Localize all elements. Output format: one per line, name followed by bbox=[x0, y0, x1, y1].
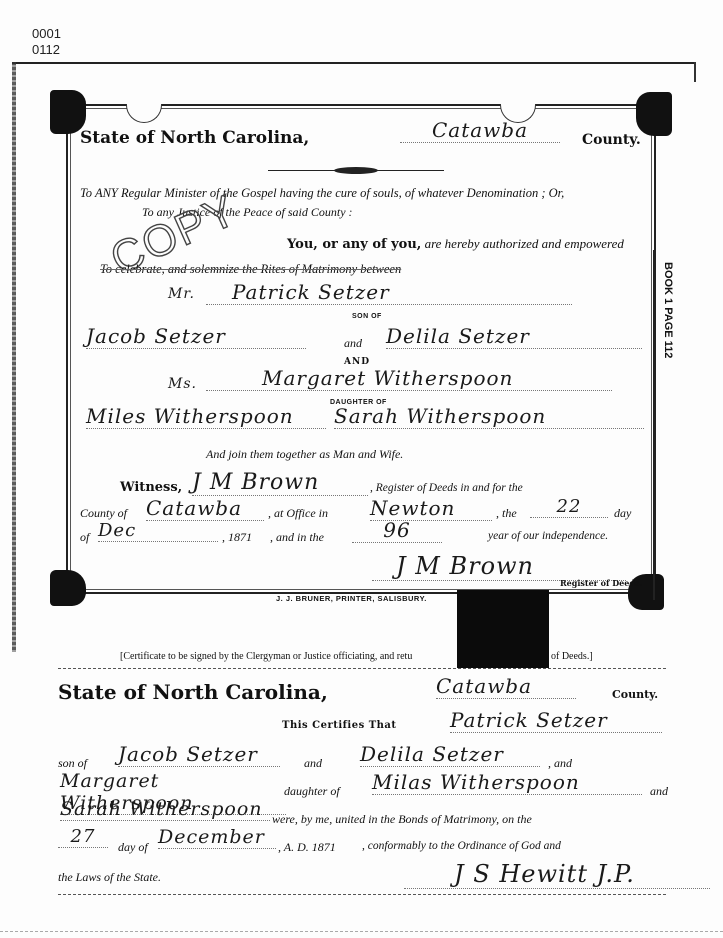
certificate-year: , A. D. 1871 bbox=[278, 840, 336, 855]
and-label-3: and bbox=[650, 784, 668, 799]
authorize-rest: are hereby authorized and empowered bbox=[425, 236, 624, 251]
county-of-value: Catawba bbox=[146, 496, 264, 521]
office-in-label: , at Office in bbox=[268, 506, 328, 521]
page-border-top bbox=[12, 62, 696, 64]
independence-year: 96 bbox=[352, 518, 442, 543]
address-line-1: To ANY Regular Minister of the Gospel ha… bbox=[80, 186, 564, 201]
son-of-label: SON OF bbox=[352, 313, 382, 320]
license-state-heading: State of North Carolina, bbox=[80, 128, 309, 148]
document-page-number: 0112 bbox=[32, 43, 60, 57]
license-county-label: County. bbox=[582, 132, 641, 148]
page-border-right bbox=[694, 62, 696, 82]
margin-rule bbox=[653, 250, 655, 600]
bride-mother: Sarah Witherspoon bbox=[334, 404, 644, 429]
license-year: , 1871 bbox=[222, 530, 252, 545]
of-label: of bbox=[80, 530, 89, 545]
witness-label: Witness, bbox=[120, 480, 182, 495]
and-label: and bbox=[304, 756, 322, 771]
groom-prefix: Mr. bbox=[168, 286, 195, 302]
certificate-groom-father: Jacob Setzer bbox=[118, 742, 280, 767]
certificate-bride-mother: Sarah Witherspoon bbox=[60, 798, 270, 821]
ornament-corner-icon bbox=[636, 92, 672, 136]
certificate-instruction: [Certificate to be signed by the Clergym… bbox=[120, 651, 412, 662]
page-bottom-edge bbox=[0, 931, 723, 932]
the-label: , the bbox=[496, 506, 517, 521]
and-in-the-label: , and in the bbox=[270, 530, 324, 545]
register-title: Register of Deeds. bbox=[560, 578, 642, 588]
authorize-lead: You, or any of you, bbox=[287, 237, 421, 252]
bride-name: Margaret Witherspoon bbox=[206, 366, 612, 391]
witness-name: J M Brown bbox=[192, 470, 368, 496]
laws-text: the Laws of the State. bbox=[58, 870, 161, 885]
book-page-note: BOOK 1 PAGE 112 bbox=[660, 262, 674, 452]
certificate-day: 27 bbox=[58, 826, 108, 848]
certificate-groom-name: Patrick Setzer bbox=[450, 708, 662, 733]
certificate-month: December bbox=[158, 826, 276, 849]
page-border-left bbox=[12, 62, 16, 652]
and-label-2: , and bbox=[548, 756, 572, 771]
document-number: 0001 bbox=[32, 27, 61, 41]
license-month: Dec bbox=[98, 520, 218, 542]
flourish-divider-icon bbox=[268, 166, 444, 176]
son-of-label: son of bbox=[58, 756, 87, 771]
day-label: day bbox=[614, 506, 631, 521]
certifies-label: This Certifies That bbox=[282, 720, 397, 731]
rule-divider bbox=[58, 668, 668, 669]
printer-credit: J. J. BRUNER, PRINTER, SALISBURY. bbox=[276, 594, 427, 603]
ornament-corner-icon bbox=[50, 570, 86, 606]
groom-father: Jacob Setzer bbox=[86, 324, 306, 349]
license-county-value: Catawba bbox=[400, 118, 560, 143]
independence-label: year of our independence. bbox=[488, 530, 608, 542]
authorize-line: You, or any of you, are hereby authorize… bbox=[287, 236, 624, 252]
register-phrase: , Register of Deeds in and for the bbox=[370, 482, 523, 494]
rule-divider bbox=[58, 894, 668, 895]
celebrate-line: To celebrate, and solemnize the Rites of… bbox=[100, 262, 401, 277]
daughter-of-label: daughter of bbox=[284, 784, 340, 799]
redaction-block bbox=[457, 590, 549, 668]
certificate-instruction-end: of Deeds.] bbox=[551, 651, 593, 662]
certificate-county-value: Catawba bbox=[436, 674, 576, 699]
register-signature: J M Brown bbox=[372, 552, 626, 581]
day-of-label: day of bbox=[118, 840, 148, 855]
license-day: 22 bbox=[530, 496, 608, 518]
certificate-county-label: County. bbox=[612, 688, 658, 701]
certificate-state-heading: State of North Carolina, bbox=[58, 680, 328, 704]
certificate-groom-mother: Delila Setzer bbox=[360, 742, 540, 767]
county-of-label: County of bbox=[80, 506, 127, 521]
officiant-signature: J S Hewitt J.P. bbox=[404, 860, 710, 889]
and-label: and bbox=[344, 336, 362, 351]
united-text: were, by me, united in the Bonds of Matr… bbox=[272, 812, 532, 827]
groom-mother: Delila Setzer bbox=[386, 324, 642, 349]
groom-name: Patrick Setzer bbox=[206, 280, 572, 305]
join-line: And join them together as Man and Wife. bbox=[206, 447, 403, 462]
bride-father: Miles Witherspoon bbox=[86, 404, 326, 429]
bride-prefix: Ms. bbox=[168, 376, 197, 392]
conformably-text: , conformably to the Ordinance of God an… bbox=[362, 840, 561, 852]
certificate-bride-father: Milas Witherspoon bbox=[372, 770, 642, 795]
